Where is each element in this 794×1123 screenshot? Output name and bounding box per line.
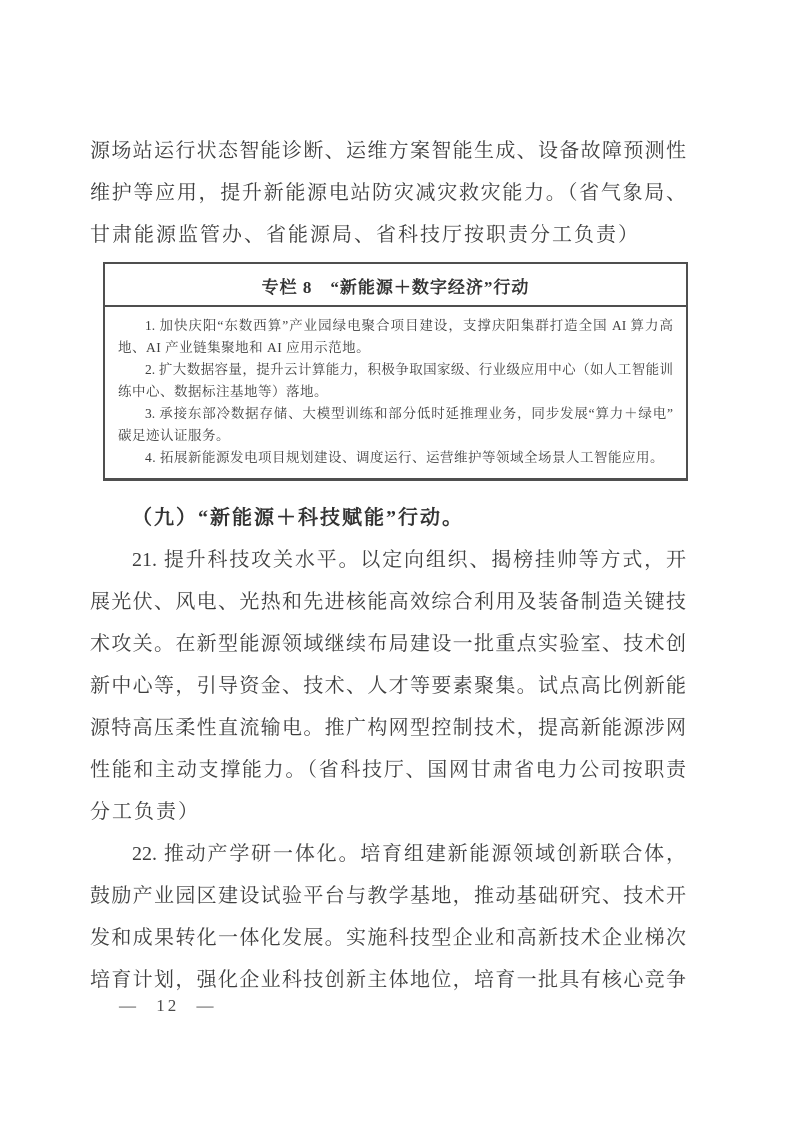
column-box-item-2: 2. 扩大数据容量，提升云计算能力，积极争取国家级、行业级应用中心（如人工智能训… (118, 359, 673, 403)
paragraph-22: 22. 推动产学研一体化。培育组建新能源领域创新联合体，鼓励产业园区建设试验平台… (90, 833, 686, 1001)
page-number: — 12 — (119, 996, 217, 1016)
text-line: 2. 扩大数据容量，提升云计算能力，积极争取国家级、行业级应用中心（如人工智能训 (118, 359, 673, 381)
column-box-item-4: 4. 拓展新能源发电项目规划建设、调度运行、运营维护等领域全场景人工智能应用。 (118, 447, 673, 469)
text-line: 展光伏、风电、光热和先进核能高效综合利用及装备制造关键技 (90, 581, 686, 623)
text-line: 维护等应用，提升新能源电站防灾减灾救灾能力。（省气象局、 (90, 172, 686, 214)
column-box-item-3: 3. 承接东部冷数据存储、大模型训练和部分低时延推理业务，同步发展“算力＋绿电”… (118, 403, 673, 447)
text-line: 练中心、数据标注基地等）落地。 (118, 381, 673, 403)
text-line: 1. 加快庆阳“东数西算”产业园绿电聚合项目建设，支撑庆阳集群打造全国 AI 算… (118, 315, 673, 337)
document-page: 源场站运行状态智能诊断、运维方案智能生成、设备故障预测性维护等应用，提升新能源电… (0, 0, 794, 1123)
section-heading-9: （九）“新能源＋科技赋能”行动。 (90, 497, 686, 539)
paragraph-21: 21. 提升科技攻关水平。以定向组织、揭榜挂帅等方式，开展光伏、风电、光热和先进… (90, 539, 686, 833)
text-line: 碳足迹认证服务。 (118, 425, 673, 447)
text-line: 新中心等，引导资金、技术、人才等要素聚集。试点高比例新能 (90, 665, 686, 707)
text-line: 发和成果转化一体化发展。实施科技型企业和高新技术企业梯次 (90, 917, 686, 959)
column-box-content: 1. 加快庆阳“东数西算”产业园绿电聚合项目建设，支撑庆阳集群打造全国 AI 算… (105, 307, 686, 478)
column-box-8: 专栏 8 “新能源＋数字经济”行动 1. 加快庆阳“东数西算”产业园绿电聚合项目… (103, 262, 688, 481)
intro-paragraph: 源场站运行状态智能诊断、运维方案智能生成、设备故障预测性维护等应用，提升新能源电… (90, 130, 686, 256)
text-line: 鼓励产业园区建设试验平台与教学基地，推动基础研究、技术开 (90, 875, 686, 917)
text-line: 4. 拓展新能源发电项目规划建设、调度运行、运营维护等领域全场景人工智能应用。 (118, 447, 673, 469)
text-line: 22. 推动产学研一体化。培育组建新能源领域创新联合体， (90, 833, 686, 875)
column-box-item-1: 1. 加快庆阳“东数西算”产业园绿电聚合项目建设，支撑庆阳集群打造全国 AI 算… (118, 315, 673, 359)
text-line: 源场站运行状态智能诊断、运维方案智能生成、设备故障预测性 (90, 130, 686, 172)
text-line: 培育计划，强化企业科技创新主体地位，培育一批具有核心竞争 (90, 959, 686, 1001)
text-line: 性能和主动支撑能力。（省科技厅、国网甘肃省电力公司按职责 (90, 749, 686, 791)
text-line: 3. 承接东部冷数据存储、大模型训练和部分低时延推理业务，同步发展“算力＋绿电” (118, 403, 673, 425)
text-line: 地、AI 产业链集聚地和 AI 应用示范地。 (118, 337, 673, 359)
text-line: 术攻关。在新型能源领域继续布局建设一批重点实验室、技术创 (90, 623, 686, 665)
text-line: 分工负责） (90, 791, 686, 833)
text-line: 21. 提升科技攻关水平。以定向组织、揭榜挂帅等方式，开 (90, 539, 686, 581)
text-line: 源特高压柔性直流输电。推广构网型控制技术，提高新能源涉网 (90, 707, 686, 749)
column-box-title: 专栏 8 “新能源＋数字经济”行动 (105, 264, 686, 307)
page-content: 源场站运行状态智能诊断、运维方案智能生成、设备故障预测性维护等应用，提升新能源电… (90, 130, 686, 1001)
text-line: 甘肃能源监管办、省能源局、省科技厅按职责分工负责） (90, 214, 686, 256)
